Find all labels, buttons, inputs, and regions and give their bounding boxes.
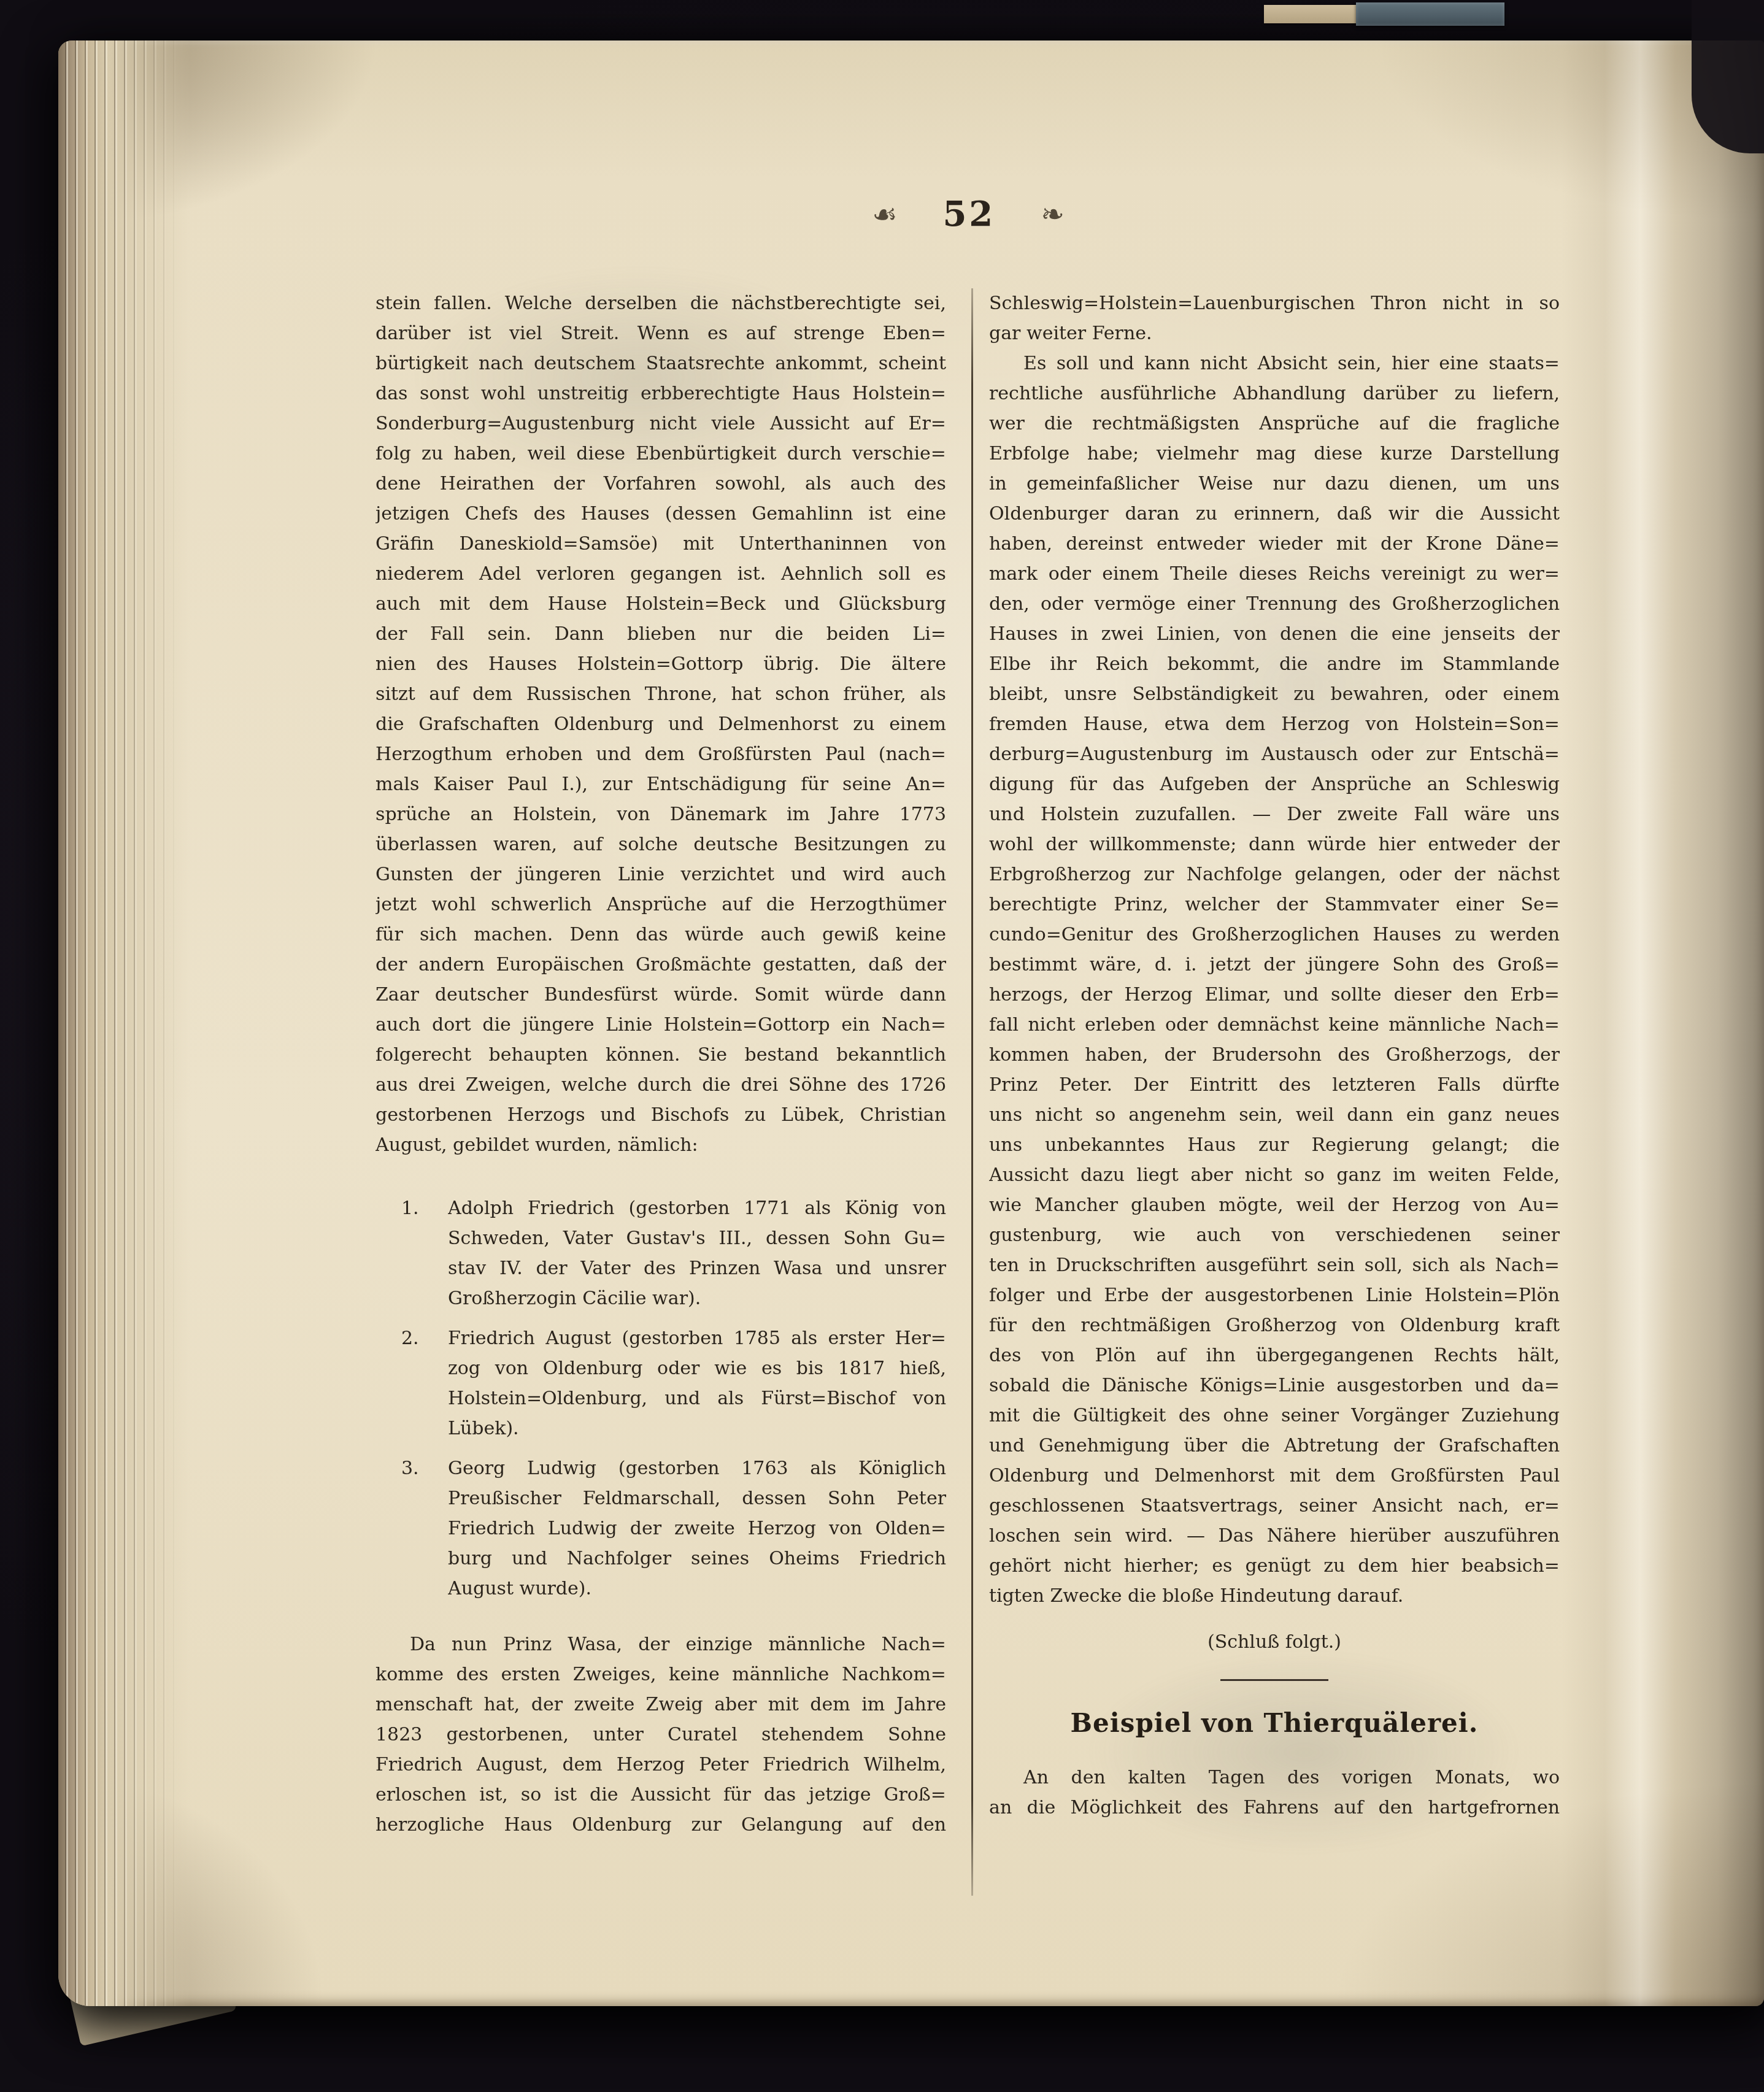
text-line: der Fall sein. Dann blieben nur die beid… bbox=[376, 619, 946, 649]
text-line: uns unbekanntes Haus zur Regierung gelan… bbox=[989, 1130, 1560, 1160]
text-line: Holstein=Oldenburg, und als Fürst=Bischo… bbox=[448, 1383, 946, 1413]
text-line: Lübek). bbox=[448, 1413, 946, 1444]
text-line: die Grafschaften Oldenburg und Delmenhor… bbox=[376, 709, 946, 739]
text-line: auch dort die jüngere Linie Holstein=Got… bbox=[376, 1010, 946, 1040]
text-line: Großherzogin Cäcilie war). bbox=[448, 1283, 946, 1313]
text-line: mit die Gültigkeit des ohne seiner Vorgä… bbox=[989, 1401, 1560, 1431]
text-line: den, oder vermöge einer Trennung des Gro… bbox=[989, 589, 1560, 619]
text-line: und Genehmigung über die Abtretung der G… bbox=[989, 1431, 1560, 1461]
list-item-number: 2. bbox=[401, 1323, 419, 1353]
text-line: das sonst wohl unstreitig erbberechtigte… bbox=[376, 379, 946, 409]
page-number: 52 bbox=[942, 194, 995, 234]
text-line: mark oder einem Theile dieses Reichs ver… bbox=[989, 559, 1560, 589]
text-line: geschlossenen Staatsvertrags, seiner Ans… bbox=[989, 1491, 1560, 1521]
list-item-number: 1. bbox=[401, 1193, 419, 1223]
text-line: fall nicht erleben oder demnächst keine … bbox=[989, 1010, 1560, 1040]
closing-note: (Schluß folgt.) bbox=[989, 1627, 1560, 1657]
text-line: haben, dereinst entweder wieder mit der … bbox=[989, 529, 1560, 559]
text-line: bestimmt wäre, d. i. jetzt der jüngere S… bbox=[989, 950, 1560, 980]
text-line: bleibt, unsre Selbständigkeit zu bewahre… bbox=[989, 679, 1560, 709]
text-line: rechtliche ausführliche Abhandlung darüb… bbox=[989, 379, 1560, 409]
text-line: gar weiter Ferne. bbox=[989, 318, 1560, 348]
text-line: wohl der willkommenste; dann würde hier … bbox=[989, 829, 1560, 859]
text-line: sitzt auf dem Russischen Throne, hat sch… bbox=[376, 679, 946, 709]
text-line: und Holstein zuzufallen. — Der zweite Fa… bbox=[989, 799, 1560, 829]
list-item-number: 3. bbox=[401, 1453, 419, 1483]
text-line: kommen haben, der Brudersohn des Großher… bbox=[989, 1040, 1560, 1070]
text-line: Friedrich August, dem Herzog Peter Fried… bbox=[376, 1750, 946, 1780]
text-line: Friedrich August (gestorben 1785 als ers… bbox=[448, 1323, 946, 1353]
text-line: aus drei Zweigen, welche durch die drei … bbox=[376, 1070, 946, 1100]
fleuron-left-icon: ☙ bbox=[872, 198, 897, 231]
text-line: folgerecht behaupten können. Sie bestand… bbox=[376, 1040, 946, 1070]
page-curl-shading bbox=[1562, 40, 1764, 2006]
book-page: ☙52❧ stein fallen. Welche derselben die … bbox=[58, 40, 1764, 2006]
article-heading: Beispiel von Thierquälerei. bbox=[989, 1708, 1560, 1738]
text-line: jetzigen Chefs des Hauses (dessen Gemahl… bbox=[376, 499, 946, 529]
text-line: menschaft hat, der zweite Zweig aber mit… bbox=[376, 1690, 946, 1720]
text-line: Prinz Peter. Der Eintritt des letzteren … bbox=[989, 1070, 1560, 1100]
right-column: Schleswig=Holstein=Lauenburgischen Thron… bbox=[989, 288, 1560, 1823]
list-item: 2.Friedrich August (gestorben 1785 als e… bbox=[376, 1323, 946, 1444]
text-line: Hauses in zwei Linien, von denen die ein… bbox=[989, 619, 1560, 649]
text-line: Schweden, Vater Gustav's III., dessen So… bbox=[448, 1223, 946, 1253]
numbered-list: 1.Adolph Friedrich (gestorben 1771 als K… bbox=[376, 1193, 946, 1604]
text-line: Erbgroßherzog zur Nachfolge gelangen, od… bbox=[989, 859, 1560, 890]
text-line: dene Heirathen der Vorfahren sowohl, als… bbox=[376, 469, 946, 499]
text-line: in gemeinfaßlicher Weise nur dazu dienen… bbox=[989, 469, 1560, 499]
text-line: Gunsten der jüngeren Linie verzichtet un… bbox=[376, 859, 946, 890]
text-line: wie Mancher glauben mögte, weil der Herz… bbox=[989, 1190, 1560, 1220]
page-header: ☙52❧ bbox=[723, 194, 1214, 234]
text-line: an die Möglichkeit des Fahrens auf den h… bbox=[989, 1793, 1560, 1823]
text-line: sobald die Dänische Königs=Linie ausgest… bbox=[989, 1371, 1560, 1401]
text-line: burg und Nachfolger seines Oheims Friedr… bbox=[448, 1544, 946, 1574]
text-line: herzogs, der Herzog Elimar, und sollte d… bbox=[989, 980, 1560, 1010]
text-line: bürtigkeit nach deutschem Staatsrechte a… bbox=[376, 348, 946, 379]
text-line: folg zu haben, weil diese Ebenbürtigkeit… bbox=[376, 439, 946, 469]
text-line: Preußischer Feldmarschall, dessen Sohn P… bbox=[448, 1483, 946, 1513]
text-line: August wurde). bbox=[448, 1574, 946, 1604]
page-stack-fore-edge bbox=[58, 40, 190, 2006]
text-line: Aussicht dazu liegt aber nicht so ganz i… bbox=[989, 1160, 1560, 1190]
section-divider-rule bbox=[1220, 1679, 1328, 1681]
text-line: Oldenburger daran zu erinnern, daß wir d… bbox=[989, 499, 1560, 529]
text-line: jetzt wohl schwerlich Ansprüche auf die … bbox=[376, 890, 946, 920]
text-line: cundo=Genitur des Großherzoglichen Hause… bbox=[989, 920, 1560, 950]
column-divider bbox=[971, 288, 973, 1896]
fleuron-right-icon: ❧ bbox=[1041, 198, 1065, 231]
text-line: des von Plön auf ihn übergegangenen Rech… bbox=[989, 1340, 1560, 1371]
text-line: tigten Zwecke die bloße Hindeutung darau… bbox=[989, 1581, 1560, 1611]
text-line: Schleswig=Holstein=Lauenburgischen Thron… bbox=[989, 288, 1560, 318]
text-line: Georg Ludwig (gestorben 1763 als Königli… bbox=[448, 1453, 946, 1483]
text-line: loschen sein wird. — Das Nähere hierüber… bbox=[989, 1521, 1560, 1551]
text-line: Adolph Friedrich (gestorben 1771 als Kön… bbox=[448, 1193, 946, 1223]
text-line: stein fallen. Welche derselben die nächs… bbox=[376, 288, 946, 318]
text-line: nien des Hauses Holstein=Gottorp übrig. … bbox=[376, 649, 946, 679]
text-line: komme des ersten Zweiges, keine männlich… bbox=[376, 1659, 946, 1690]
text-line: Sonderburg=Augustenburg nicht viele Auss… bbox=[376, 409, 946, 439]
text-line: herzogliche Haus Oldenburg zur Gelangung… bbox=[376, 1810, 946, 1840]
text-line: fremden Hause, etwa dem Herzog von Holst… bbox=[989, 709, 1560, 739]
binding-strip bbox=[1356, 2, 1504, 26]
text-line: gustenburg, wie auch von verschiedenen s… bbox=[989, 1220, 1560, 1250]
text-line: Erbfolge habe; vielmehr mag diese kurze … bbox=[989, 439, 1560, 469]
text-line: mals Kaiser Paul I.), zur Entschädigung … bbox=[376, 769, 946, 799]
text-line: berechtigte Prinz, welcher der Stammvate… bbox=[989, 890, 1560, 920]
text-line: Es soll und kann nicht Absicht sein, hie… bbox=[989, 348, 1560, 379]
parchment-tab bbox=[1264, 5, 1357, 23]
text-line: uns nicht so angenehm sein, weil dann ei… bbox=[989, 1100, 1560, 1130]
text-line: Elbe ihr Reich bekommt, die andre im Sta… bbox=[989, 649, 1560, 679]
scanned-book-photo: ☙52❧ stein fallen. Welche derselben die … bbox=[0, 0, 1764, 2092]
text-line: darüber ist viel Streit. Wenn es auf str… bbox=[376, 318, 946, 348]
text-line: niederem Adel verloren gegangen ist. Aeh… bbox=[376, 559, 946, 589]
text-line: Friedrich Ludwig der zweite Herzog von O… bbox=[448, 1513, 946, 1544]
text-line: Oldenburg und Delmenhorst mit dem Großfü… bbox=[989, 1461, 1560, 1491]
text-line: gestorbenen Herzogs und Bischofs zu Lübe… bbox=[376, 1100, 946, 1130]
text-line: August, gebildet wurden, nämlich: bbox=[376, 1130, 946, 1160]
text-line: Gräfin Daneskiold=Samsöe) mit Unterthani… bbox=[376, 529, 946, 559]
text-line: Herzogthum erhoben und dem Großfürsten P… bbox=[376, 739, 946, 769]
text-line: der andern Europäischen Großmächte gesta… bbox=[376, 950, 946, 980]
text-line: folger und Erbe der ausgestorbenen Linie… bbox=[989, 1280, 1560, 1310]
text-line: Da nun Prinz Wasa, der einzige männliche… bbox=[376, 1629, 946, 1659]
text-line: stav IV. der Vater des Prinzen Wasa und … bbox=[448, 1253, 946, 1283]
text-line: gehört nicht hierher; es genügt zu dem h… bbox=[989, 1551, 1560, 1581]
text-line: zog von Oldenburg oder wie es bis 1817 h… bbox=[448, 1353, 946, 1383]
text-line: für den rechtmäßigen Großherzog von Olde… bbox=[989, 1310, 1560, 1340]
text-line: überlassen waren, auf solche deutsche Be… bbox=[376, 829, 946, 859]
list-item: 3.Georg Ludwig (gestorben 1763 als König… bbox=[376, 1453, 946, 1604]
text-line: derburg=Augustenburg im Austausch oder z… bbox=[989, 739, 1560, 769]
text-line: ten in Druckschriften ausgeführt sein so… bbox=[989, 1250, 1560, 1280]
text-line: auch mit dem Hause Holstein=Beck und Glü… bbox=[376, 589, 946, 619]
text-line: An den kalten Tagen des vorigen Monats, … bbox=[989, 1763, 1560, 1793]
left-column: stein fallen. Welche derselben die nächs… bbox=[376, 288, 946, 1840]
text-line: sprüche an Holstein, von Dänemark im Jah… bbox=[376, 799, 946, 829]
text-line: 1823 gestorbenen, unter Curatel stehende… bbox=[376, 1720, 946, 1750]
text-line: wer die rechtmäßigsten Ansprüche auf die… bbox=[989, 409, 1560, 439]
text-line: digung für das Aufgeben der Ansprüche an… bbox=[989, 769, 1560, 799]
text-line: für sich machen. Denn das würde auch gew… bbox=[376, 920, 946, 950]
text-line: erloschen ist, so ist die Aussicht für d… bbox=[376, 1780, 946, 1810]
text-line: Zaar deutscher Bundesfürst würde. Somit … bbox=[376, 980, 946, 1010]
list-item: 1.Adolph Friedrich (gestorben 1771 als K… bbox=[376, 1193, 946, 1313]
